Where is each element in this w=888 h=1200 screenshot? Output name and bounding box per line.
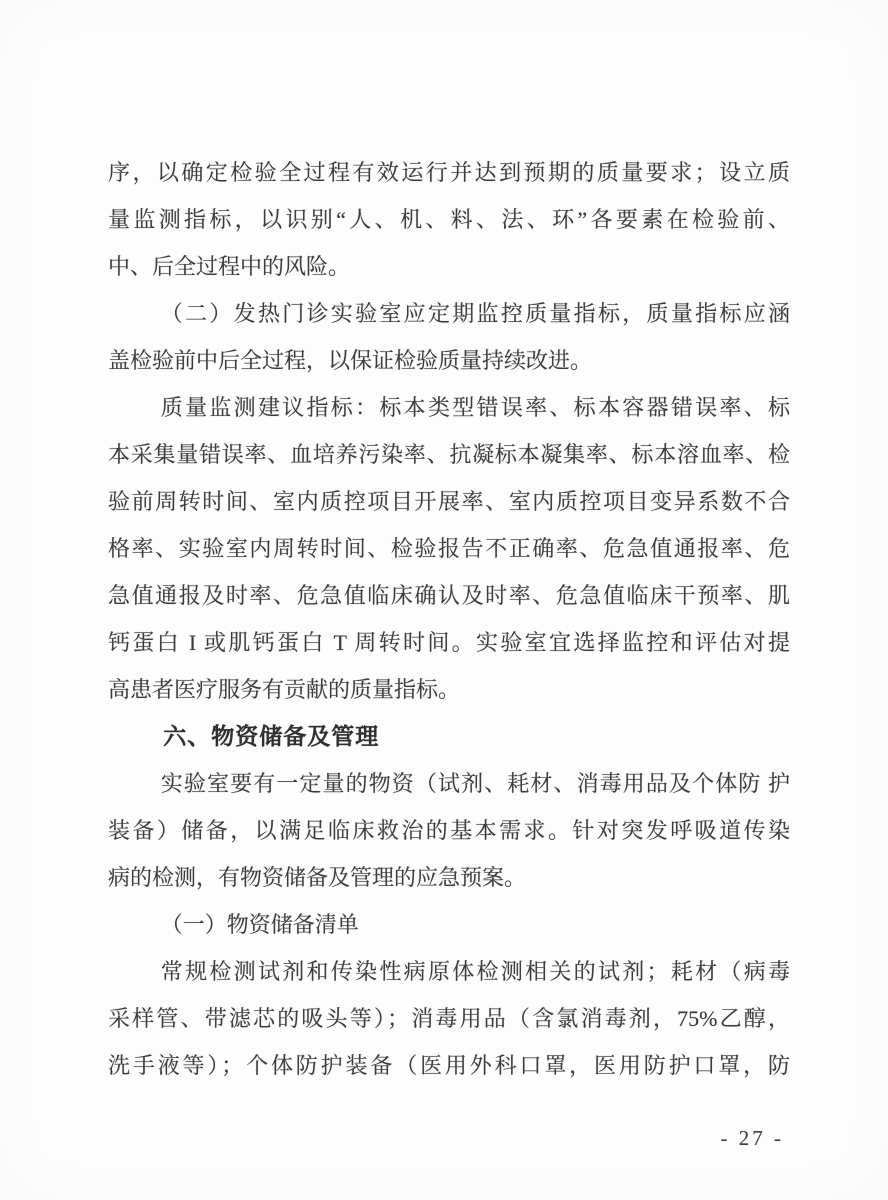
text-line: 钙蛋白 I 或肌钙蛋白 T 周转时间。实验室宜选择监控和评估对提 [108,619,790,666]
text-line: 采样管、带滤芯的吸头等）；消毒用品（含氯消毒剂，75%乙醇， [108,995,790,1042]
text-line: 本采集量错误率、血培养污染率、抗凝标本凝集率、标本溶血率、检 [108,431,790,478]
text-line: 洗手液等）；个体防护装备（医用外科口罩，医用防护口罩，防 [108,1042,790,1089]
text-line: （二）发热门诊实验室应定期监控质量指标，质量指标应涵 [108,290,790,337]
text-line: 量监测指标，以识别“人、机、料、法、环”各要素在检验前、 [108,196,790,243]
text-line: 高患者医疗服务有贡献的质量指标。 [108,666,790,713]
text-line: 中、后全过程中的风险。 [108,243,790,290]
text-line: 质量监测建议指标：标本类型错误率、标本容器错误率、标 [108,384,790,431]
text-line: 验前周转时间、室内质控项目开展率、室内质控项目变异系数不合 [108,478,790,525]
text-line: 急值通报及时率、危急值临床确认及时率、危急值临床干预率、肌 [108,572,790,619]
document-page: 序，以确定检验全过程有效运行并达到预期的质量要求；设立质 量监测指标，以识别“人… [0,0,888,1200]
section-heading-material-reserve: 六、物资储备及管理 [108,713,790,760]
text-line: 格率、实验室内周转时间、检验报告不正确率、危急值通报率、危 [108,525,790,572]
text-line: 常规检测试剂和传染性病原体检测相关的试剂；耗材（病毒 [108,948,790,995]
text-line: 盖检验前中后全过程，以保证检验质量持续改进。 [108,337,790,384]
page-number: - 27 - [721,1126,785,1151]
document-body: 序，以确定检验全过程有效运行并达到预期的质量要求；设立质 量监测指标，以识别“人… [108,149,790,1089]
subsection-heading-reserve-list: （一）物资储备清单 [108,901,790,948]
text-line: 装备）储备，以满足临床救治的基本需求。针对突发呼吸道传染 [108,807,790,854]
text-line: 实验室要有一定量的物资（试剂、耗材、消毒用品及个体防 护 [108,760,790,807]
text-line: 序，以确定检验全过程有效运行并达到预期的质量要求；设立质 [108,149,790,196]
text-line: 病的检测，有物资储备及管理的应急预案。 [108,854,790,901]
